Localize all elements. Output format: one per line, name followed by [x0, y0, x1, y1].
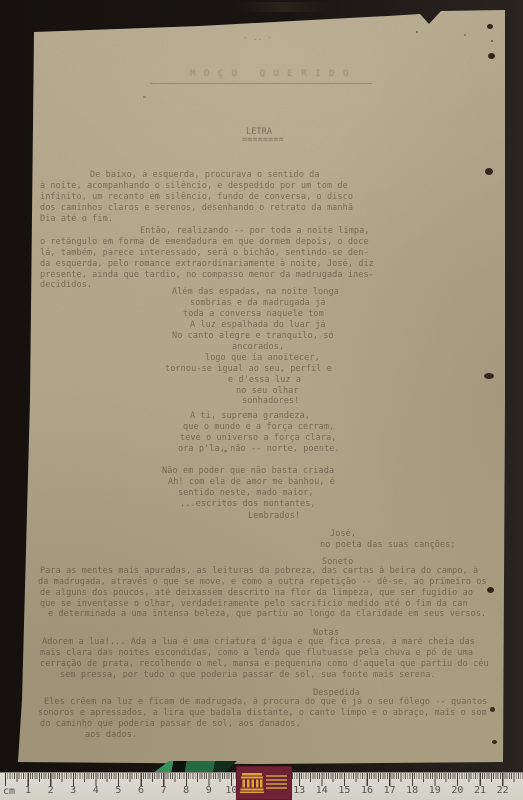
typewritten-line: tornou-se igual ao seu, perfil e	[165, 365, 332, 374]
ink-spot	[143, 96, 146, 98]
typewritten-line: José,	[330, 530, 356, 539]
typewritten-line: da esquerda, pelo romance extraordinaria…	[40, 260, 374, 269]
typewritten-line: sombrias e da madrugada já	[190, 299, 326, 308]
typewritten-line: toda a conversa naquele tom	[183, 310, 324, 319]
ruler-number: 13	[293, 785, 305, 796]
typewritten-line: De baixo, à esquerda, procurava o sentid…	[90, 171, 320, 180]
ink-spot	[487, 587, 494, 593]
ink-spot	[488, 53, 495, 59]
typewritten-line: presente, ainda que tardio, no compasso …	[40, 271, 374, 280]
ink-spot	[464, 34, 466, 36]
ruler-number: 15	[338, 785, 350, 796]
archival-scan-viewport: { "document": { "page_mark": "- .. -", "…	[0, 0, 523, 800]
typewritten-line: Dia até o fim.	[40, 215, 113, 224]
typewritten-line: ========	[242, 136, 284, 145]
ruler-number: 7	[161, 785, 167, 796]
typewritten-line: sonoros e apressados, a lira que badala …	[38, 709, 487, 718]
typewritten-line: sem pressa, por tudo o que poderia passa…	[60, 671, 436, 680]
typewritten-line: Não em poder que não basta criada	[162, 467, 334, 476]
scanned-document-page: - .. - MOÇO QUERIDO LETRA========De baix…	[0, 0, 523, 768]
ink-spot	[487, 24, 493, 29]
typewritten-line: A ti, suprema grandeza,	[190, 412, 310, 421]
typewritten-line: No canto alegre e tranquilo, só	[172, 332, 334, 341]
scanner-light-streak	[238, 2, 328, 12]
ruler-unit-label: cm	[3, 786, 15, 797]
typewritten-line: Adorem a lua!... Ada a lua é uma criatur…	[42, 638, 475, 647]
ruler-number: 6	[138, 785, 144, 796]
ink-spot	[485, 168, 493, 175]
ink-spot	[490, 707, 495, 712]
ink-spot	[492, 740, 497, 744]
ruler-number: 4	[93, 785, 99, 796]
ruler-number: 21	[474, 785, 486, 796]
ruler-number: 3	[70, 785, 76, 796]
typewritten-line: da madrugada, através o que se move, e c…	[38, 578, 487, 587]
ruler-number: 5	[115, 785, 121, 796]
logo-text-line	[266, 783, 287, 785]
typewritten-line: e determinada a uma intensa beleza, que …	[48, 610, 486, 619]
typewritten-line: Lembrados!	[248, 512, 300, 521]
typewritten-line: Além das espadas, na noite longa	[172, 288, 339, 297]
document-title: MOÇO QUERIDO	[190, 69, 357, 79]
ruler-number: 22	[497, 785, 509, 796]
typewritten-line: no seu olhar	[236, 387, 299, 396]
typewritten-line: lá, também, parece interessado, será o b…	[40, 249, 369, 258]
typewritten-line: Ah! com ela de amor me banhou, é	[168, 478, 335, 487]
typewritten-line: sonhadores!	[242, 397, 299, 406]
typewritten-line: sentido neste, mado maior,	[178, 489, 314, 498]
typewritten-line: logo que ia anoitecer,	[205, 354, 320, 363]
ruler-number: 8	[183, 785, 189, 796]
ink-spot	[491, 40, 493, 42]
archive-logo	[236, 766, 292, 800]
typewritten-line: ancorados,	[232, 343, 284, 352]
ink-spot	[224, 450, 227, 452]
typewritten-line: infinito, um recanto em silêncio, fundo …	[40, 193, 353, 202]
typewritten-line: que se inventasse o olhar, verdadeiramen…	[40, 600, 468, 609]
title-underline	[150, 83, 372, 84]
typewritten-line: que o mundo e a força cerram,	[183, 423, 334, 432]
ink-spot	[484, 373, 494, 379]
typewritten-line: cerração de prata, recolhendo o mel, man…	[40, 660, 489, 669]
typewritten-line: ora p'la, não -- norte, poente.	[178, 445, 340, 454]
typewritten-line: A luz espalhada do luar já	[190, 321, 326, 330]
ruler-number: 18	[406, 785, 418, 796]
typewritten-line: Então, realizando -- por toda a noite li…	[140, 227, 370, 236]
ruler-number: 9	[206, 785, 212, 796]
ruler-number: 17	[384, 785, 396, 796]
ink-spot	[416, 31, 418, 33]
typewritten-line: ...escritos dos montantes,	[180, 500, 316, 509]
page-number-mark: - .. -	[243, 33, 272, 42]
typewritten-line: Eles crêem na luz e ficam de madrugada, …	[44, 698, 487, 707]
typewritten-line: Para as mentes mais apuradas, as leitura…	[40, 567, 478, 576]
ruler-number: 16	[361, 785, 373, 796]
typewritten-line: dos caminhos claros e serenos, desenhand…	[40, 204, 353, 213]
logo-text-line	[266, 775, 287, 777]
ruler-number: 19	[429, 785, 441, 796]
typewritten-line: e d'essa luz a	[228, 376, 301, 385]
logo-text-line	[266, 779, 287, 781]
typewritten-line: mais clara das noites escondidas, como a…	[40, 649, 473, 658]
ruler-number: 14	[316, 785, 328, 796]
typewritten-line: do caminho que poderia passar de sol, ao…	[40, 720, 301, 729]
ruler-number: 20	[451, 785, 463, 796]
logo-text-line	[266, 787, 287, 789]
ruler-number: 2	[48, 785, 54, 796]
typewritten-line: à noite, acompanhando o silêncio, e desp…	[40, 182, 348, 191]
typewritten-line: decididos.	[40, 281, 92, 290]
typewritten-line: teve o universo a força clara,	[180, 434, 337, 443]
typewritten-line: aos dados.	[85, 731, 137, 740]
archive-building-icon	[240, 773, 264, 793]
typewritten-line: de alguns dos poucos, até deixassem desc…	[40, 589, 473, 598]
typewritten-line: o retângulo em forma de emendadura em qu…	[40, 238, 369, 247]
ruler-number: 1	[25, 785, 31, 796]
typewritten-line: no poeta das suas canções;	[320, 541, 456, 550]
